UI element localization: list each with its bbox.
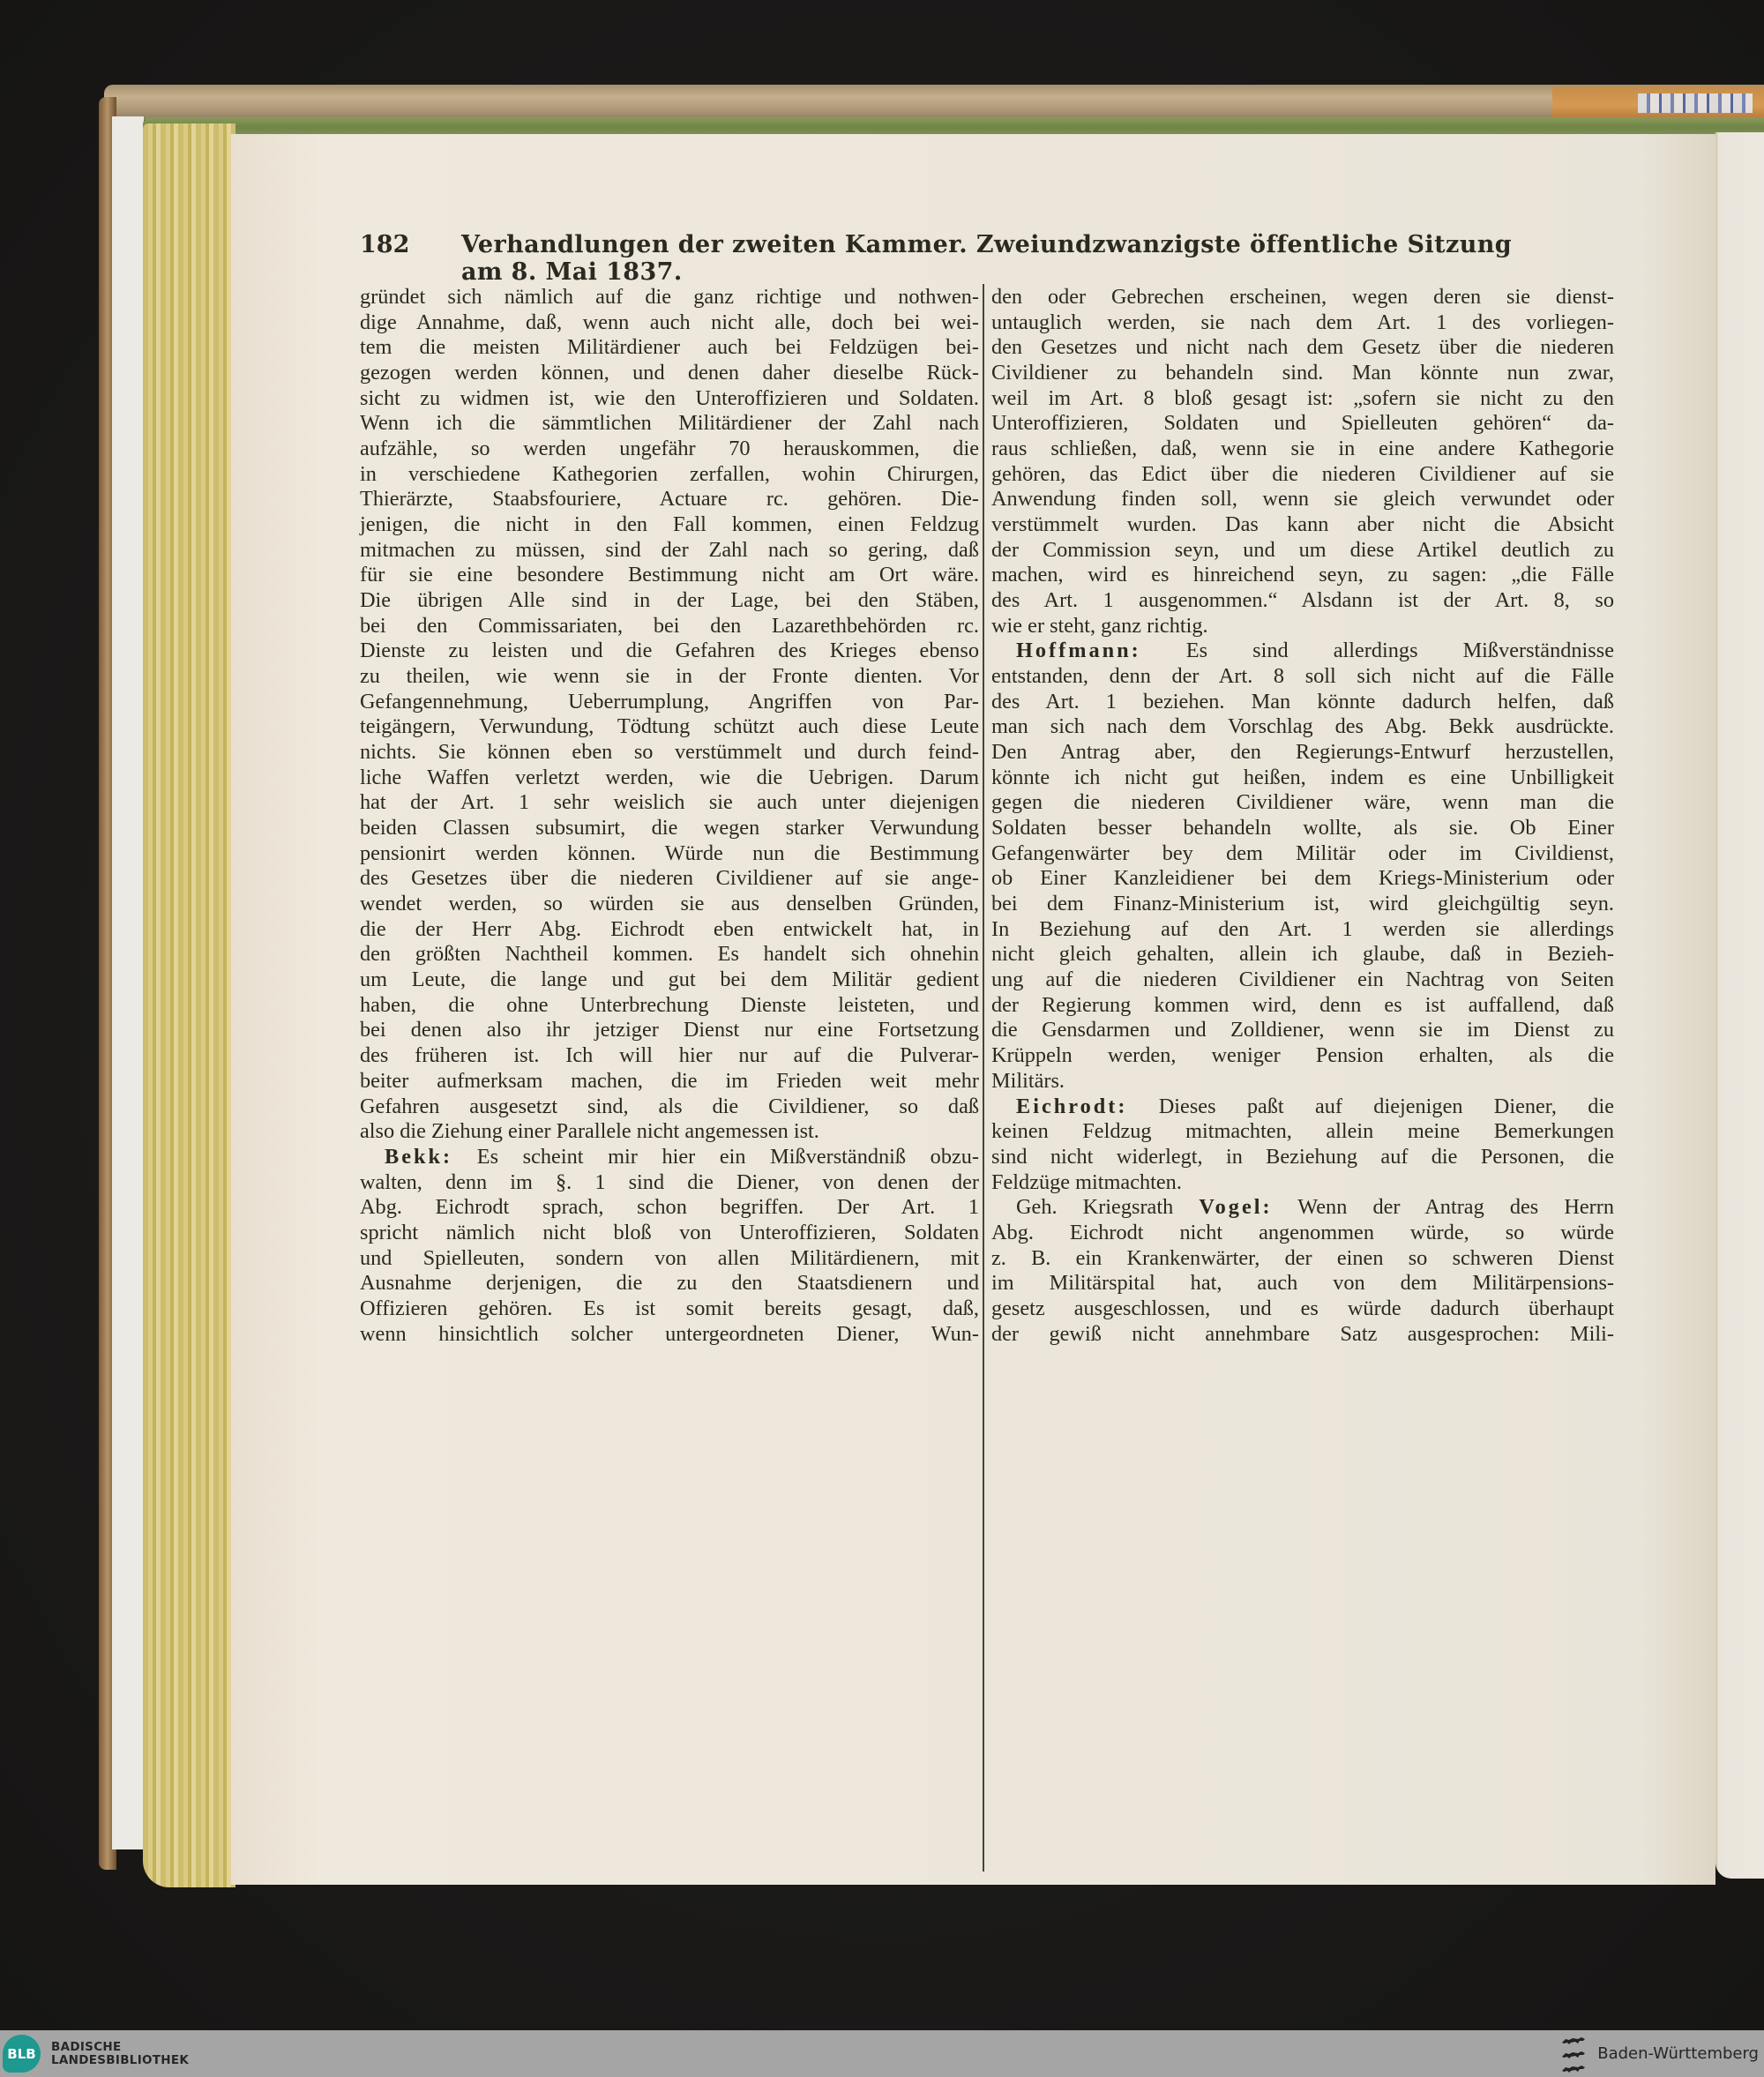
line-text: zu theilen, wie wenn sie in der Fronte d…: [360, 664, 979, 688]
line-text: Ausnahme derjenigen, die zu den Staatsdi…: [360, 1271, 979, 1295]
line-text: wenn hinsichtlich solcher untergeordnete…: [360, 1322, 979, 1346]
facing-page-edge: [1715, 132, 1764, 1879]
three-lions-icon: [1560, 2035, 1587, 2073]
line-text: der Regierung kommen wird, denn es ist a…: [991, 993, 1614, 1017]
line-text: teigängern, Verwundung, Tödtung schützt …: [360, 714, 979, 738]
line-text: Gefahren ausgesetzt sind, als die Civild…: [360, 1095, 979, 1118]
page-stack-edge: [143, 123, 235, 1887]
line-text: nicht gleich gehalten, allein ich glaube…: [991, 942, 1614, 966]
text-line: gegen die niederen Civildiener wäre, wen…: [991, 790, 1614, 816]
line-text: und Spielleuten, sondern von allen Milit…: [360, 1246, 979, 1270]
line-text: Offizieren gehören. Es ist somit bereits…: [360, 1296, 979, 1320]
text-line: des Art. 1 beziehen. Man könnte dadurch …: [991, 690, 1614, 715]
line-text: des früheren ist. Ich will hier nur auf …: [360, 1043, 979, 1067]
speaker-name: Bekk:: [385, 1145, 452, 1169]
line-text: walten, denn im §. 1 sind die Diener, vo…: [360, 1170, 979, 1194]
line-text: gegen die niederen Civildiener wäre, wen…: [991, 790, 1614, 814]
text-line: sind nicht widerlegt, in Beziehung auf d…: [991, 1145, 1614, 1170]
line-text: also die Ziehung einer Parallele nicht a…: [360, 1119, 819, 1143]
line-text: Es sind allerdings Mißverständnisse: [1141, 639, 1614, 662]
text-line: Civildiener zu behandeln sind. Man könnt…: [991, 361, 1614, 386]
line-text: des Gesetzes über die niederen Civildien…: [360, 866, 979, 890]
footer-bar: BLB BADISCHE LANDESBIBLIOTHEK Baden-Würt…: [0, 2030, 1764, 2077]
text-line: des früheren ist. Ich will hier nur auf …: [360, 1043, 979, 1069]
blb-line-1: BADISCHE: [51, 2041, 189, 2054]
line-text: Abg. Eichrodt nicht angenommen würde, so…: [991, 1221, 1614, 1244]
text-line: man sich nach dem Vorschlag des Abg. Bek…: [991, 714, 1614, 740]
text-line: gezogen werden können, und denen daher d…: [360, 361, 979, 386]
line-text: Militärs.: [991, 1069, 1065, 1093]
text-line: Gefangenwärter bey dem Militär oder im C…: [991, 841, 1614, 867]
text-line: Ausnahme derjenigen, die zu den Staatsdi…: [360, 1271, 979, 1296]
text-line: der Regierung kommen wird, denn es ist a…: [991, 993, 1614, 1019]
line-text: Den Antrag aber, den Regierungs-Entwurf …: [991, 740, 1614, 764]
line-text: Dieses paßt auf diejenigen Diener, die: [1127, 1095, 1614, 1118]
text-line: könnte ich nicht gut heißen, indem es ei…: [991, 766, 1614, 791]
text-line: entstanden, denn der Art. 8 soll sich ni…: [991, 664, 1614, 690]
line-text: der Commission seyn, und um diese Artike…: [991, 538, 1614, 562]
line-text: wendet werden, so würden sie aus denselb…: [360, 892, 979, 915]
line-text: Feldzüge mitmachten.: [991, 1170, 1182, 1194]
text-line: also die Ziehung einer Parallele nicht a…: [360, 1119, 979, 1145]
text-line: ung auf die niederen Civildiener ein Nac…: [991, 968, 1614, 993]
line-text: den größten Nachtheil kommen. Es handelt…: [360, 942, 979, 966]
line-text: wie er steht, ganz richtig.: [991, 614, 1208, 638]
text-line: den oder Gebrechen erscheinen, wegen der…: [991, 285, 1614, 310]
line-text: gehören, das Edict über die niederen Civ…: [991, 462, 1614, 486]
line-text: für sie eine besondere Bestimmung nicht …: [360, 563, 979, 586]
text-line: im Militärspital hat, auch von dem Milit…: [991, 1271, 1614, 1296]
line-text: ung auf die niederen Civildiener ein Nac…: [991, 968, 1614, 991]
speaker-name: Hoffmann:: [1016, 639, 1141, 662]
text-line: weil im Art. 8 bloß gesagt ist: „sofern …: [991, 386, 1614, 412]
running-head: 182 Verhandlungen der zweiten Kammer. Zw…: [360, 231, 1526, 266]
line-text: gesetz ausgeschlossen, und es würde dadu…: [991, 1296, 1614, 1320]
text-line: keinen Feldzug mitmachten, allein meine …: [991, 1119, 1614, 1145]
running-title: Verhandlungen der zweiten Kammer. Zweiun…: [461, 231, 1526, 286]
text-line: wendet werden, so würden sie aus denselb…: [360, 892, 979, 917]
text-line: dige Annahme, daß, wenn auch nicht alle,…: [360, 310, 979, 336]
text-line: Gefangennehmung, Ueberrumplung, Angriffe…: [360, 690, 979, 715]
text-line: die Gensdarmen und Zolldiener, wenn sie …: [991, 1018, 1614, 1043]
line-text: Abg. Eichrodt sprach, schon begriffen. D…: [360, 1195, 979, 1219]
line-text: der gewiß nicht annehmbare Satz ausgespr…: [991, 1322, 1614, 1346]
text-line: teigängern, Verwundung, Tödtung schützt …: [360, 714, 979, 740]
line-text: mitmachen zu müssen, sind der Zahl nach …: [360, 538, 979, 562]
text-line: walten, denn im §. 1 sind die Diener, vo…: [360, 1170, 979, 1196]
blb-logo[interactable]: BLB BADISCHE LANDESBIBLIOTHEK: [3, 2035, 189, 2073]
line-text: Wenn der Antrag des Herrn: [1273, 1195, 1614, 1219]
blb-line-2: LANDESBIBLIOTHEK: [51, 2054, 189, 2067]
text-line: gehören, das Edict über die niederen Civ…: [991, 462, 1614, 488]
text-line: raus schließen, daß, wenn sie in eine an…: [991, 437, 1614, 462]
text-line: spricht nämlich nicht bloß von Unteroffi…: [360, 1221, 979, 1246]
line-text: Gefangennehmung, Ueberrumplung, Angriffe…: [360, 690, 979, 714]
line-text: entstanden, denn der Art. 8 soll sich ni…: [991, 664, 1614, 688]
text-line: untauglich werden, sie nach dem Art. 1 d…: [991, 310, 1614, 336]
text-line: Feldzüge mitmachten.: [991, 1170, 1614, 1196]
text-line: aufzähle, so werden ungefähr 70 herausko…: [360, 437, 979, 462]
book-cover-label-tag: [1638, 93, 1753, 113]
line-text: Soldaten besser behandeln wollte, als si…: [991, 816, 1614, 840]
line-text: man sich nach dem Vorschlag des Abg. Bek…: [991, 714, 1614, 738]
text-line: liche Waffen verletzt werden, wie die Ue…: [360, 766, 979, 791]
line-text: bei den Commissariaten, bei den Lazareth…: [360, 614, 979, 638]
text-line: um Leute, die lange und gut bei dem Mili…: [360, 968, 979, 993]
speaker-line: Eichrodt: Dieses paßt auf diejenigen Die…: [991, 1095, 1614, 1120]
line-text: Unteroffizieren, Soldaten und Spielleute…: [991, 411, 1614, 435]
line-text: Krüppeln werden, weniger Pension erhalte…: [991, 1043, 1614, 1067]
line-text: Es scheint mir hier ein Mißverständniß o…: [452, 1145, 979, 1169]
text-line: Abg. Eichrodt nicht angenommen würde, so…: [991, 1221, 1614, 1246]
line-text: pensionirt werden können. Würde nun die …: [360, 841, 979, 865]
line-text: beiden Classen subsumirt, die wegen star…: [360, 816, 979, 840]
text-line: Militärs.: [991, 1069, 1614, 1095]
text-line: bei dem Finanz-Ministerium ist, wird gle…: [991, 892, 1614, 917]
line-text: verstümmelt wurden. Das kann aber nicht …: [991, 512, 1614, 536]
line-text: liche Waffen verletzt werden, wie die Ue…: [360, 766, 979, 789]
text-line: Dienste zu leisten und die Gefahren des …: [360, 639, 979, 664]
text-line: Soldaten besser behandeln wollte, als si…: [991, 816, 1614, 841]
line-text: z. B. ein Krankenwärter, der einen so sc…: [991, 1246, 1614, 1270]
page-number: 182: [360, 231, 461, 258]
text-line: Unteroffizieren, Soldaten und Spielleute…: [991, 411, 1614, 437]
line-text: sicht zu widmen ist, wie den Unteroffizi…: [360, 386, 979, 410]
text-line: Thierärzte, Staabsfouriere, Actuare rc. …: [360, 487, 979, 512]
text-line: pensionirt werden können. Würde nun die …: [360, 841, 979, 867]
text-line: beiden Classen subsumirt, die wegen star…: [360, 816, 979, 841]
line-text: Civildiener zu behandeln sind. Man könnt…: [991, 361, 1614, 385]
line-text: nichts. Sie können eben so verstümmelt u…: [360, 740, 979, 764]
blb-badge-icon: BLB: [3, 2035, 41, 2073]
baden-wuerttemberg-logo[interactable]: Baden-Württemberg: [1560, 2035, 1759, 2073]
column-rule: [983, 284, 984, 1872]
line-text: bei dem Finanz-Ministerium ist, wird gle…: [991, 892, 1614, 915]
text-line: machen, wird es hinreichend seyn, zu sag…: [991, 563, 1614, 588]
line-text: machen, wird es hinreichend seyn, zu sag…: [991, 563, 1614, 586]
text-line: der gewiß nicht annehmbare Satz ausgespr…: [991, 1322, 1614, 1348]
text-line: bei denen also ihr jetziger Dienst nur e…: [360, 1018, 979, 1043]
line-text: die der Herr Abg. Eichrodt eben entwicke…: [360, 917, 979, 941]
speaker-name: Vogel:: [1199, 1195, 1272, 1219]
line-text: jenigen, die nicht in den Fall kommen, e…: [360, 512, 979, 536]
line-text: untauglich werden, sie nach dem Art. 1 d…: [991, 310, 1614, 334]
text-line: des Art. 1 ausgenommen.“ Alsdann ist der…: [991, 588, 1614, 614]
text-line: Die übrigen Alle sind in der Lage, bei d…: [360, 588, 979, 614]
text-line: in verschiedene Kathegorien zerfallen, w…: [360, 462, 979, 488]
text-line: sicht zu widmen ist, wie den Unteroffizi…: [360, 386, 979, 412]
line-text: des Art. 1 ausgenommen.“ Alsdann ist der…: [991, 588, 1614, 612]
text-line: Den Antrag aber, den Regierungs-Entwurf …: [991, 740, 1614, 766]
line-text: die Gensdarmen und Zolldiener, wenn sie …: [991, 1018, 1614, 1042]
line-text: hat der Art. 1 sehr weislich sie auch un…: [360, 790, 979, 814]
line-text: Die übrigen Alle sind in der Lage, bei d…: [360, 588, 979, 612]
line-text: gezogen werden können, und denen daher d…: [360, 361, 979, 385]
book-cover-top-edge: [104, 85, 1764, 120]
line-text: den oder Gebrechen erscheinen, wegen der…: [991, 285, 1614, 309]
text-line: tem die meisten Militärdiener auch bei F…: [360, 335, 979, 361]
line-text: dige Annahme, daß, wenn auch nicht alle,…: [360, 310, 979, 334]
blb-wordmark: BADISCHE LANDESBIBLIOTHEK: [51, 2041, 189, 2067]
text-line: gesetz ausgeschlossen, und es würde dadu…: [991, 1296, 1614, 1322]
text-line: Gefahren ausgesetzt sind, als die Civild…: [360, 1095, 979, 1120]
speaker-line: Bekk: Es scheint mir hier ein Mißverstän…: [360, 1145, 979, 1170]
text-line: und Spielleuten, sondern von allen Milit…: [360, 1246, 979, 1272]
text-column-left: gründet sich nämlich auf die ganz richti…: [360, 285, 979, 1347]
text-line: wenn hinsichtlich solcher untergeordnete…: [360, 1322, 979, 1348]
line-text: raus schließen, daß, wenn sie in eine an…: [991, 437, 1614, 460]
text-line: die der Herr Abg. Eichrodt eben entwicke…: [360, 917, 979, 943]
text-line: ob Einer Kanzleidiener bei dem Kriegs-Mi…: [991, 866, 1614, 892]
line-text: Thierärzte, Staabsfouriere, Actuare rc. …: [360, 487, 979, 511]
line-text: sind nicht widerlegt, in Beziehung auf d…: [991, 1145, 1614, 1169]
line-text: in verschiedene Kathegorien zerfallen, w…: [360, 462, 979, 486]
text-line: den Gesetzes und nicht nach dem Gesetz ü…: [991, 335, 1614, 361]
text-line: Offizieren gehören. Es ist somit bereits…: [360, 1296, 979, 1322]
endpaper-edge: [112, 116, 144, 1849]
line-text: ob Einer Kanzleidiener bei dem Kriegs-Mi…: [991, 866, 1614, 890]
line-text: im Militärspital hat, auch von dem Milit…: [991, 1271, 1614, 1295]
line-text: bei denen also ihr jetziger Dienst nur e…: [360, 1018, 979, 1042]
text-line: nicht gleich gehalten, allein ich glaube…: [991, 942, 1614, 968]
text-line: jenigen, die nicht in den Fall kommen, e…: [360, 512, 979, 538]
speaker-line: Hoffmann: Es sind allerdings Mißverständ…: [991, 639, 1614, 664]
line-text: den Gesetzes und nicht nach dem Gesetz ü…: [991, 335, 1614, 359]
line-text: keinen Feldzug mitmachten, allein meine …: [991, 1119, 1614, 1143]
speaker-line: Geh. Kriegsrath Vogel: Wenn der Antrag d…: [991, 1195, 1614, 1221]
line-text: In Beziehung auf den Art. 1 werden sie a…: [991, 917, 1614, 941]
speaker-title: Geh. Kriegsrath: [1016, 1195, 1199, 1219]
line-text: könnte ich nicht gut heißen, indem es ei…: [991, 766, 1614, 789]
text-line: hat der Art. 1 sehr weislich sie auch un…: [360, 790, 979, 816]
text-line: nichts. Sie können eben so verstümmelt u…: [360, 740, 979, 766]
line-text: Dienste zu leisten und die Gefahren des …: [360, 639, 979, 662]
baden-wuerttemberg-label: Baden-Württemberg: [1597, 2044, 1759, 2063]
text-line: des Gesetzes über die niederen Civildien…: [360, 866, 979, 892]
text-line: beiter aufmerksam machen, die im Frieden…: [360, 1069, 979, 1095]
text-line: haben, die ohne Unterbrechung Dienste le…: [360, 993, 979, 1019]
text-line: der Commission seyn, und um diese Artike…: [991, 538, 1614, 564]
line-text: tem die meisten Militärdiener auch bei F…: [360, 335, 979, 359]
text-line: mitmachen zu müssen, sind der Zahl nach …: [360, 538, 979, 564]
line-text: weil im Art. 8 bloß gesagt ist: „sofern …: [991, 386, 1614, 410]
speaker-name: Eichrodt:: [1016, 1095, 1127, 1118]
text-line: verstümmelt wurden. Das kann aber nicht …: [991, 512, 1614, 538]
text-line: gründet sich nämlich auf die ganz richti…: [360, 285, 979, 310]
text-line: für sie eine besondere Bestimmung nicht …: [360, 563, 979, 588]
line-text: gründet sich nämlich auf die ganz richti…: [360, 285, 979, 309]
text-line: bei den Commissariaten, bei den Lazareth…: [360, 614, 979, 639]
line-text: Anwendung finden soll, wenn sie gleich v…: [991, 487, 1614, 511]
text-line: zu theilen, wie wenn sie in der Fronte d…: [360, 664, 979, 690]
text-column-right: den oder Gebrechen erscheinen, wegen der…: [991, 285, 1614, 1347]
line-text: beiter aufmerksam machen, die im Frieden…: [360, 1069, 979, 1093]
line-text: Wenn ich die sämmtlichen Militärdiener d…: [360, 411, 979, 435]
line-text: spricht nämlich nicht bloß von Unteroffi…: [360, 1221, 979, 1244]
line-text: Gefangenwärter bey dem Militär oder im C…: [991, 841, 1614, 865]
text-line: In Beziehung auf den Art. 1 werden sie a…: [991, 917, 1614, 943]
text-line: Abg. Eichrodt sprach, schon begriffen. D…: [360, 1195, 979, 1221]
text-line: wie er steht, ganz richtig.: [991, 614, 1614, 639]
text-line: z. B. ein Krankenwärter, der einen so sc…: [991, 1246, 1614, 1272]
line-text: aufzähle, so werden ungefähr 70 herausko…: [360, 437, 979, 460]
text-line: Wenn ich die sämmtlichen Militärdiener d…: [360, 411, 979, 437]
line-text: haben, die ohne Unterbrechung Dienste le…: [360, 993, 979, 1017]
line-text: des Art. 1 beziehen. Man könnte dadurch …: [991, 690, 1614, 714]
text-line: den größten Nachtheil kommen. Es handelt…: [360, 942, 979, 968]
text-line: Anwendung finden soll, wenn sie gleich v…: [991, 487, 1614, 512]
text-line: Krüppeln werden, weniger Pension erhalte…: [991, 1043, 1614, 1069]
line-text: um Leute, die lange und gut bei dem Mili…: [360, 968, 979, 991]
